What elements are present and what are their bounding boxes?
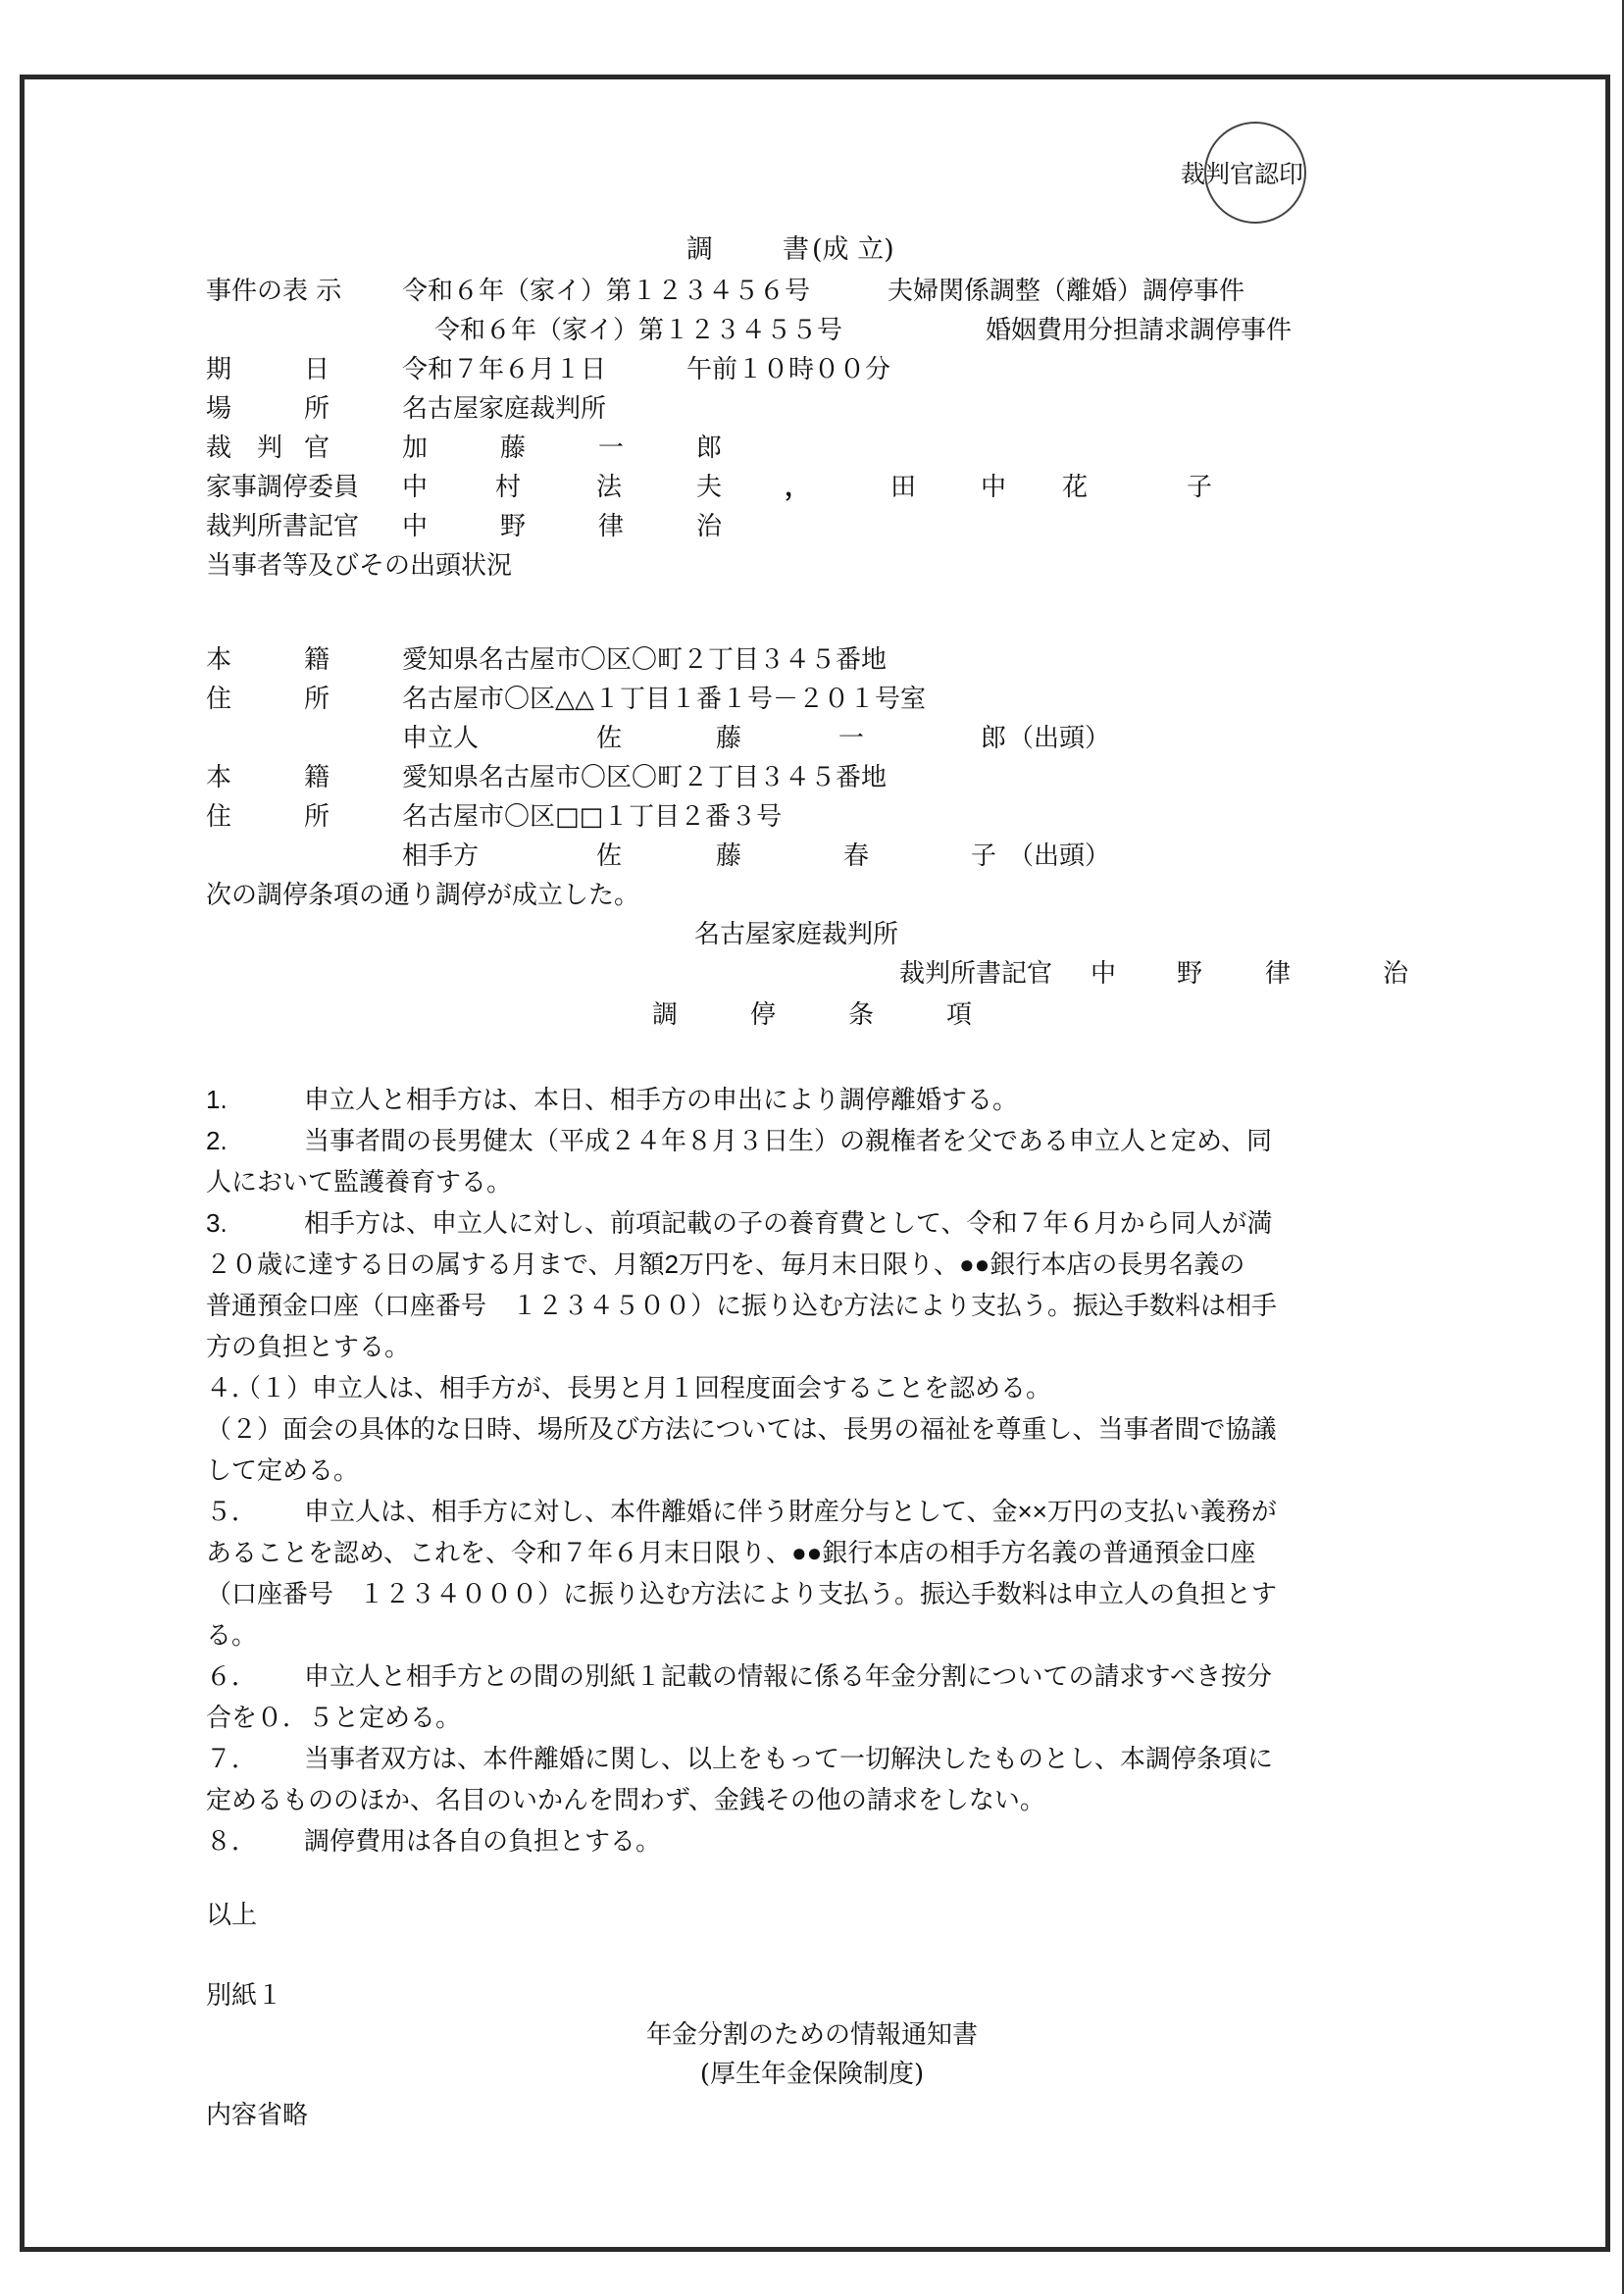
date-value: 令和７年６月１日 xyxy=(402,355,606,384)
term-4-text-cont-1: （２）面会の具体的な日時、場所及び方法については、長男の福祉を尊重し、当事者間で… xyxy=(206,1414,1276,1444)
clerk-name-3: 律 xyxy=(598,512,624,541)
clerk-name-4: 治 xyxy=(696,512,722,541)
mediators-label: 家事調停委員 xyxy=(206,473,359,502)
judge-label-1: 裁 xyxy=(206,433,231,463)
term-5-text-cont-3: る。 xyxy=(206,1620,257,1650)
clerk-name-2: 野 xyxy=(500,512,526,541)
respondent-attendance: （出頭） xyxy=(1008,841,1110,871)
applicant-domicile-label-1: 本 xyxy=(206,645,231,675)
term-3-text: 相手方は、申立人に対し、前項記載の子の養育費として、令和７年６月から同人が満 xyxy=(304,1208,1272,1238)
judge-seal-label: 裁判官認印 xyxy=(1181,155,1303,190)
case1-number: 令和６年（家イ）第１２３４５６号 xyxy=(402,277,810,306)
mediator2-name-1: 田 xyxy=(890,473,916,502)
terms-heading-3: 条 xyxy=(848,1000,874,1030)
terms-heading-1: 調 xyxy=(652,1000,678,1030)
term-1-number: 1. xyxy=(206,1085,228,1114)
term-7-text: 当事者双方は、本件離婚に関し、以上をもって一切解決したものとし、本調停条項に xyxy=(304,1744,1273,1773)
judge-name-3: 一 xyxy=(598,433,624,463)
term-3-text-cont-3: 方の負担とする。 xyxy=(206,1332,410,1361)
mediator1-name-3: 法 xyxy=(596,473,622,502)
term-5-text-cont-1: あることを認め、これを、令和７年６月末日限り、●●銀行本店の相手方名義の普通預金… xyxy=(206,1538,1255,1567)
respondent-name-3: 春 xyxy=(843,841,869,871)
applicant-name-1: 佐 xyxy=(596,724,622,753)
term-6-number: ６． xyxy=(206,1661,257,1691)
applicant-name-2: 藤 xyxy=(716,724,741,753)
term-8-text: 調停費用は各自の負担とする。 xyxy=(304,1826,661,1856)
attachment-label: 別紙１ xyxy=(206,1981,282,2011)
place-label-2: 所 xyxy=(304,394,330,424)
case-label: 事件の表 示 xyxy=(206,277,341,306)
applicant-domicile: 愛知県名古屋市〇区〇町２丁目３４５番地 xyxy=(402,645,887,675)
time-value: 午前１０時００分 xyxy=(686,355,890,384)
case2-name: 婚姻費用分担請求調停事件 xyxy=(986,316,1292,345)
mediator1-name-2: 村 xyxy=(495,473,521,502)
applicant-address-label-2: 所 xyxy=(304,685,330,714)
applicant-address-label-1: 住 xyxy=(206,685,231,714)
parties-heading: 当事者等及びその出頭状況 xyxy=(206,551,512,581)
respondent-name-2: 藤 xyxy=(716,841,741,871)
term-6-text-cont: 合を０．５と定める。 xyxy=(206,1703,461,1732)
end-mark: 以上 xyxy=(206,1901,257,1930)
title-suffix: (成 立) xyxy=(812,235,894,265)
term-5-number: ５． xyxy=(206,1497,257,1526)
date-label-1: 期 xyxy=(206,355,231,384)
attachment-content: 内容省略 xyxy=(206,2101,308,2130)
conclusion-clerk-name-4: 治 xyxy=(1383,959,1408,989)
respondent-role: 相手方 xyxy=(402,841,479,871)
judge-name-4: 郎 xyxy=(696,433,722,463)
date-label-2: 日 xyxy=(304,355,330,384)
respondent-name-4: 子 xyxy=(971,841,996,871)
conclusion-court: 名古屋家庭裁判所 xyxy=(694,920,898,949)
term-6-text: 申立人と相手方との間の別紙１記載の情報に係る年金分割についての請求すべき按分 xyxy=(304,1661,1272,1691)
terms-heading-4: 項 xyxy=(946,1000,972,1030)
applicant-attendance: （出頭） xyxy=(1008,724,1110,753)
applicant-domicile-label-2: 籍 xyxy=(304,645,330,675)
term-5-text-cont-2: （口座番号 １２３４０００）に振り込む方法により支払う。振込手数料は申立人の負担… xyxy=(206,1579,1277,1608)
respondent-address-label-2: 所 xyxy=(304,802,330,832)
terms-heading-2: 停 xyxy=(750,1000,776,1030)
case2-number: 令和６年（家イ）第１２３４５５号 xyxy=(434,316,842,345)
mediator1-name-4: 夫 xyxy=(696,473,722,502)
applicant-address: 名古屋市〇区△△１丁目１番１号－２０１号室 xyxy=(402,685,926,714)
term-7-text-cont: 定めるもののほか、名目のいかんを問わず、金銭その他の請求をしない。 xyxy=(206,1785,1045,1814)
term-2-text-cont: 人において監護養育する。 xyxy=(206,1167,512,1197)
term-2-text: 当事者間の長男健太（平成２４年８月３日生）の親権者を父である申立人と定め、同 xyxy=(304,1126,1272,1155)
conclusion-clerk-title: 裁判所書記官 xyxy=(899,959,1052,989)
respondent-name-1: 佐 xyxy=(596,841,622,871)
respondent-domicile-label-1: 本 xyxy=(206,763,231,792)
term-2-number: 2. xyxy=(206,1126,228,1155)
mediator2-name-2: 中 xyxy=(981,473,1006,502)
page-border xyxy=(20,75,1610,2252)
respondent-address: 名古屋市〇区□□１丁目２番３号 xyxy=(402,802,782,832)
judge-name-1: 加 xyxy=(402,433,428,463)
judge-name-2: 藤 xyxy=(500,433,526,463)
conclusion-clerk-name-3: 律 xyxy=(1265,959,1291,989)
place-label-1: 場 xyxy=(206,394,231,424)
conclusion-statement: 次の調停条項の通り調停が成立した。 xyxy=(206,881,639,910)
respondent-domicile-label-2: 籍 xyxy=(304,763,330,792)
title-char-1: 調 xyxy=(686,235,713,265)
conclusion-clerk-name-1: 中 xyxy=(1091,959,1116,989)
applicant-role: 申立人 xyxy=(402,724,479,753)
mediator-separator: ， xyxy=(785,473,810,502)
term-7-number: ７． xyxy=(206,1744,257,1773)
term-5-text: 申立人は、相手方に対し、本件離婚に伴う財産分与として、金××万円の支払い義務が xyxy=(304,1497,1277,1526)
term-3-text-cont-2: 普通預金口座（口座番号 １２３４５００）に振り込む方法により支払う。振込手数料は… xyxy=(206,1291,1277,1320)
judge-label-3: 官 xyxy=(304,433,330,463)
respondent-address-label-1: 住 xyxy=(206,802,231,832)
term-4-text-cont-2: して定める。 xyxy=(206,1455,359,1485)
term-1-text: 申立人と相手方は、本日、相手方の申出により調停離婚する。 xyxy=(304,1085,1018,1114)
mediator2-name-3: 花 xyxy=(1062,473,1088,502)
mediator2-name-4: 子 xyxy=(1187,473,1212,502)
attachment-title: 年金分割のための情報通知書 xyxy=(449,2020,1175,2050)
term-3-text-cont-1: ２０歳に達する日の属する月まで、月額2万円を、毎月末日限り、●●銀行本店の長男名… xyxy=(206,1249,1244,1279)
judge-label-2: 判 xyxy=(257,433,282,463)
term-4-text: （１）申立人は、相手方が、長男と月１回程度面会することを認める。 xyxy=(235,1373,1051,1402)
title-char-2: 書 xyxy=(783,235,809,265)
applicant-name-3: 一 xyxy=(838,724,864,753)
conclusion-clerk-name-2: 野 xyxy=(1177,959,1202,989)
case1-name: 夫婦関係調整（離婚）調停事件 xyxy=(888,277,1244,306)
mediator1-name-1: 中 xyxy=(402,473,428,502)
respondent-domicile: 愛知県名古屋市〇区〇町２丁目３４５番地 xyxy=(402,763,887,792)
attachment-subtitle: (厚生年金保険制度) xyxy=(449,2060,1175,2089)
clerk-label: 裁判所書記官 xyxy=(206,512,359,541)
term-8-number: ８． xyxy=(206,1826,257,1856)
term-3-number: 3. xyxy=(206,1208,228,1238)
applicant-name-4: 郎 xyxy=(981,724,1006,753)
place-value: 名古屋家庭裁判所 xyxy=(402,394,606,424)
clerk-name-1: 中 xyxy=(402,512,428,541)
